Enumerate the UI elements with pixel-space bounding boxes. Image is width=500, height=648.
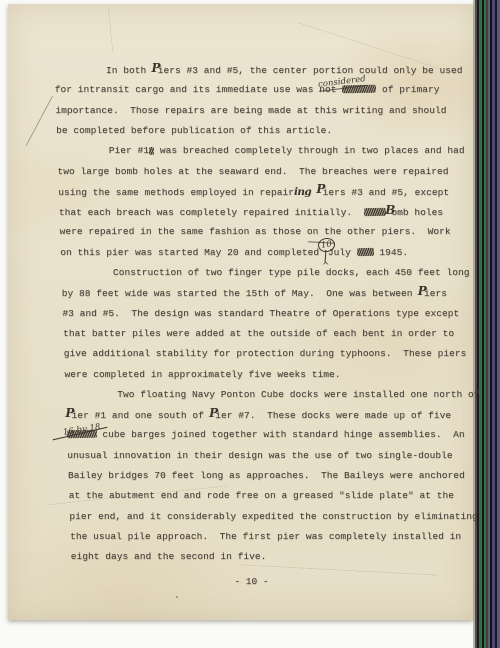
typed-line: Pier #1 and one south of Pier #7. These …: [66, 409, 451, 422]
scribbled-out-word: [357, 248, 374, 256]
typed-line: the usual pile approach. The first pier …: [70, 531, 461, 543]
typed-text: Two floating Navy Ponton Cube docks were…: [117, 389, 479, 400]
typed-line: Pier #1 was breached completely through …: [109, 145, 465, 157]
typed-line: at the abutment end and rode free on a g…: [69, 490, 454, 502]
typed-line: using the same methods employed in repai…: [58, 186, 449, 199]
typed-line: eight days and the second in five.: [71, 551, 267, 563]
typed-text: be completed before publication of this …: [56, 125, 332, 136]
typed-line: were repaired in the same fashion as tho…: [60, 226, 451, 238]
typed-line: give additional stability for protection…: [64, 348, 467, 360]
paper-sheet: In both Piers #3 and #5, the center port…: [8, 4, 473, 620]
handwritten-correction: ing: [294, 186, 311, 198]
scanned-page: In both Piers #3 and #5, the center port…: [0, 0, 500, 648]
typed-text: Construction of two finger type pile doc…: [113, 267, 470, 278]
typed-line: on this pier was started May 20 and comp…: [60, 247, 408, 259]
typed-text: was breached completely through in two p…: [154, 145, 465, 156]
typed-text: iers #3 and #5, except: [323, 187, 450, 198]
typed-line: Construction of two finger type pile doc…: [113, 267, 470, 279]
typed-text: cube barges joined together with standar…: [97, 429, 465, 440]
typed-line: by 88 feet wide was started the 15th of …: [62, 287, 447, 300]
typed-text: were completed in approximately five wee…: [65, 369, 341, 380]
typed-text: omb holes: [391, 207, 443, 218]
book-binding-stripes: [473, 0, 500, 648]
scribbled-out-word: [67, 430, 97, 438]
typed-text: ier #1 and one south of: [72, 410, 210, 421]
typed-line: 16 by 18 cube barges joined together wit…: [67, 429, 465, 441]
typed-text-layer: In both Piers #3 and #5, the center port…: [8, 4, 473, 620]
typed-line: that batter piles were added at the outs…: [63, 328, 454, 340]
typed-text: were repaired in the same fashion as tho…: [60, 226, 451, 237]
typed-text: the usual pile approach. The first pier …: [70, 531, 461, 542]
typed-line: for intransit cargo and its immediate us…: [55, 84, 440, 96]
scribbled-out-word: [149, 147, 154, 155]
typed-text: iers #3 and #5, the center portion could…: [158, 65, 463, 76]
handwritten-capital-letter: P: [418, 286, 424, 296]
typed-line: In both Piers #3 and #5, the center port…: [106, 64, 463, 77]
handwritten-capital-letter: P: [65, 408, 71, 418]
typed-line: that each breach was completely repaired…: [59, 206, 443, 219]
handwritten-capital-letter: P: [209, 408, 215, 418]
typed-text: ier #7. These docks were made up of five: [215, 410, 451, 421]
typed-text: by 88 feet wide was started the 15th of …: [62, 288, 419, 299]
typed-text: iers: [424, 288, 447, 299]
typed-line: importance. Those repairs are being made…: [55, 105, 446, 117]
typed-text: for intransit cargo and its immediate us…: [55, 84, 343, 95]
typed-text: importance. Those repairs are being made…: [55, 105, 446, 116]
typed-text: at the abutment end and rode free on a g…: [69, 490, 454, 501]
typed-line: unusual innovation in their design was t…: [67, 450, 452, 462]
handwritten-capital-letter: B: [385, 205, 391, 215]
typed-text: Pier #1: [109, 145, 149, 156]
typed-text: of primary: [376, 84, 439, 95]
scribbled-out-word: [364, 208, 386, 216]
typed-text: In both: [106, 65, 152, 76]
typed-text: that each breach was completely repaired…: [59, 207, 364, 218]
typed-line: be completed before publication of this …: [56, 125, 332, 137]
typed-text: using the same methods employed in repai…: [58, 187, 294, 198]
typed-line: two large bomb holes at the seaward end.…: [58, 166, 449, 178]
typed-text: 1945.: [374, 247, 409, 258]
typed-line: Bailey bridges 70 feet long as approache…: [68, 470, 465, 482]
typed-line: Two floating Navy Ponton Cube docks were…: [117, 389, 479, 401]
typed-text: pier end, and it considerably expedited …: [69, 511, 477, 522]
typed-text: eight days and the second in five.: [71, 551, 267, 562]
typed-line: #3 and #5. The design was standard Theat…: [62, 308, 459, 320]
handwritten-capital-letter: P: [316, 184, 322, 194]
typed-text: #3 and #5. The design was standard Theat…: [62, 308, 459, 319]
typed-text: unusual innovation in their design was t…: [67, 450, 452, 461]
typed-text: on this pier was started May 20 and comp…: [60, 247, 325, 258]
scribbled-out-word: [342, 85, 376, 93]
page-number: - 10 -: [54, 576, 449, 587]
typed-line: were completed in approximately five wee…: [65, 369, 341, 381]
handwritten-capital-letter: P: [152, 63, 158, 73]
typed-line: pier end, and it considerably expedited …: [69, 511, 477, 523]
typed-text: Bailey bridges 70 feet long as approache…: [68, 470, 465, 481]
typed-text: two large bomb holes at the seaward end.…: [58, 166, 449, 177]
typed-text: give additional stability for protection…: [64, 348, 467, 359]
typed-text: that batter piles were added at the outs…: [63, 328, 454, 339]
